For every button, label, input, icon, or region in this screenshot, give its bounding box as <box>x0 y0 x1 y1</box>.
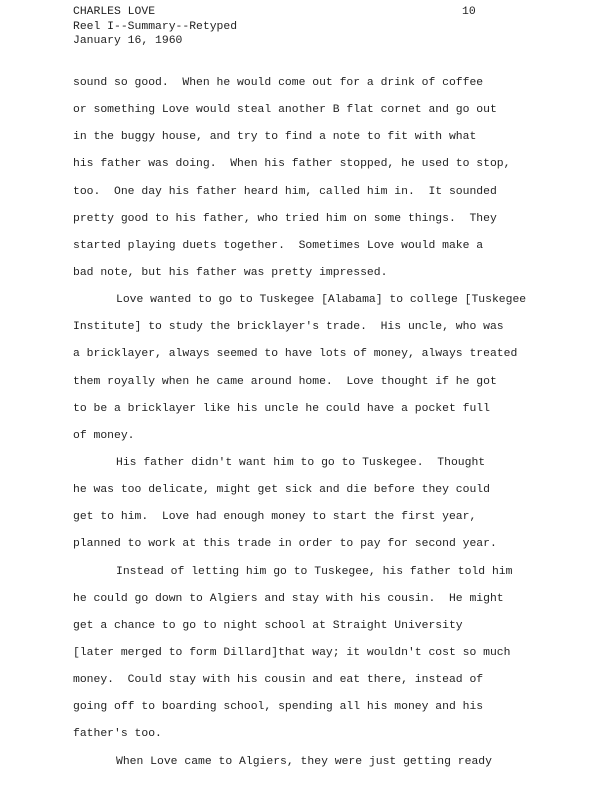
text-line: get to him. Love had enough money to sta… <box>73 506 573 533</box>
text-line: to be a bricklayer like his uncle he cou… <box>73 398 573 425</box>
header-reel: Reel I--Summary--Retyped <box>73 20 237 35</box>
text-line: going off to boarding school, spending a… <box>73 696 573 723</box>
text-line: When Love came to Algiers, they were jus… <box>73 751 573 778</box>
document-body: sound so good. When he would come out fo… <box>73 72 573 778</box>
text-line: too. One day his father heard him, calle… <box>73 181 573 208</box>
text-line: started playing duets together. Sometime… <box>73 235 573 262</box>
document-page: CHARLES LOVEReel I--Summary--RetypedJanu… <box>0 0 612 792</box>
header-name: CHARLES LOVE <box>73 5 237 20</box>
text-line: in the buggy house, and try to find a no… <box>73 126 573 153</box>
page-number: 10 <box>462 5 476 20</box>
text-line: bad note, but his father was pretty impr… <box>73 262 573 289</box>
text-line: of money. <box>73 425 573 452</box>
text-line: [later merged to form Dillard]that way; … <box>73 642 573 669</box>
text-line: get a chance to go to night school at St… <box>73 615 573 642</box>
text-line: planned to work at this trade in order t… <box>73 533 573 560</box>
text-line: a bricklayer, always seemed to have lots… <box>73 343 573 370</box>
header-date: January 16, 1960 <box>73 34 237 49</box>
text-line: them royally when he came around home. L… <box>73 371 573 398</box>
text-line: pretty good to his father, who tried him… <box>73 208 573 235</box>
text-line: father's too. <box>73 723 573 750</box>
text-line: he could go down to Algiers and stay wit… <box>73 588 573 615</box>
text-line: he was too delicate, might get sick and … <box>73 479 573 506</box>
text-line: his father was doing. When his father st… <box>73 153 573 180</box>
page-header: CHARLES LOVEReel I--Summary--RetypedJanu… <box>73 5 237 49</box>
text-line: Love wanted to go to Tuskegee [Alabama] … <box>73 289 573 316</box>
text-line: money. Could stay with his cousin and ea… <box>73 669 573 696</box>
text-line: sound so good. When he would come out fo… <box>73 72 573 99</box>
text-line: Institute] to study the bricklayer's tra… <box>73 316 573 343</box>
text-line: or something Love would steal another B … <box>73 99 573 126</box>
text-line: Instead of letting him go to Tuskegee, h… <box>73 561 573 588</box>
text-line: His father didn't want him to go to Tusk… <box>73 452 573 479</box>
